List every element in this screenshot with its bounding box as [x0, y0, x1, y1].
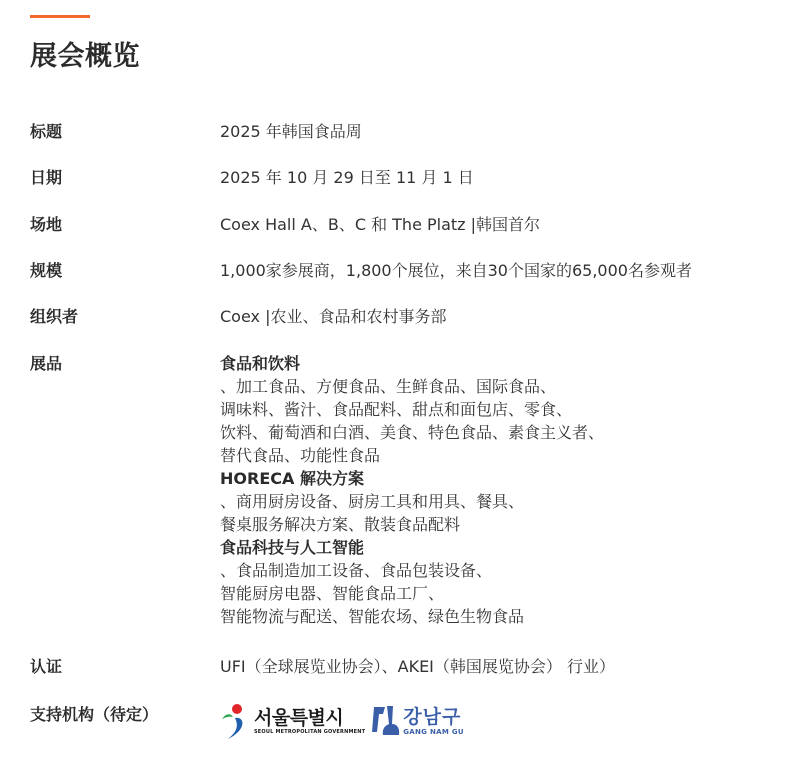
row-value: Coex |农业、食品和农村事务部: [220, 305, 446, 328]
page-title: 展会概览: [30, 34, 140, 73]
row-value: 2025 年韩国食品周: [220, 120, 362, 143]
title-accent-bar: [30, 15, 90, 18]
row-value: 2025 年 10 月 29 日至 11 月 1 日: [220, 166, 474, 189]
category-line: 、商用厨房设备、厨房工具和用具、餐具、: [220, 490, 604, 513]
category-title: 食品科技与人工智能: [220, 536, 604, 559]
row-label: 认证: [30, 655, 62, 678]
seoul-government-logo: 서울특별시 SEOUL METROPOLITAN GOVERNMENT: [220, 702, 365, 740]
row-value: Coex Hall A、B、C 和 The Platz |韩国首尔: [220, 213, 540, 236]
exhibit-categories: 食品和饮料 、加工食品、方便食品、生鲜食品、国际食品、 调味料、酱汁、食品配料、…: [220, 352, 604, 628]
row-label: 组织者: [30, 305, 78, 328]
row-value: 1,000家参展商，1,800个展位，来自30个国家的65,000名参观者: [220, 259, 692, 282]
category-line: 替代食品、功能性食品: [220, 444, 604, 467]
row-label: 日期: [30, 166, 62, 189]
gangnam-gu-logo: 강남구 GANG NAM GU: [371, 702, 464, 740]
row-label: 场地: [30, 213, 62, 236]
gangnam-name-en: GANG NAM GU: [403, 728, 464, 737]
row-label: 标题: [30, 120, 62, 143]
row-label: 规模: [30, 259, 62, 282]
gangnam-name-ko: 강남구: [403, 706, 464, 728]
category-line: 调味料、酱汁、食品配料、甜点和面包店、零食、: [220, 398, 604, 421]
category-title: 食品和饮料: [220, 352, 604, 375]
row-label: 展品: [30, 352, 62, 375]
category-line: 智能物流与配送、智能农场、绿色生物食品: [220, 605, 604, 628]
seoul-name-ko: 서울특별시: [254, 707, 365, 729]
seoul-emblem-icon: [220, 702, 252, 740]
category-line: 、食品制造加工设备、食品包装设备、: [220, 559, 604, 582]
category-title: HORECA 解决方案: [220, 467, 604, 490]
seoul-name-en: SEOUL METROPOLITAN GOVERNMENT: [254, 729, 365, 736]
category-line: 餐桌服务解决方案、散装食品配料: [220, 513, 604, 536]
supporter-logos: 서울특별시 SEOUL METROPOLITAN GOVERNMENT 강남구 …: [220, 699, 464, 743]
row-value: UFI（全球展览业协会）、AKEI（韩国展览协会） 行业）: [220, 655, 615, 678]
gangnam-emblem-icon: [371, 702, 401, 740]
row-label: 支持机构（待定）: [30, 703, 158, 726]
category-line: 饮料、葡萄酒和白酒、美食、特色食品、素食主义者、: [220, 421, 604, 444]
category-line: 、加工食品、方便食品、生鲜食品、国际食品、: [220, 375, 604, 398]
category-line: 智能厨房电器、智能食品工厂、: [220, 582, 604, 605]
